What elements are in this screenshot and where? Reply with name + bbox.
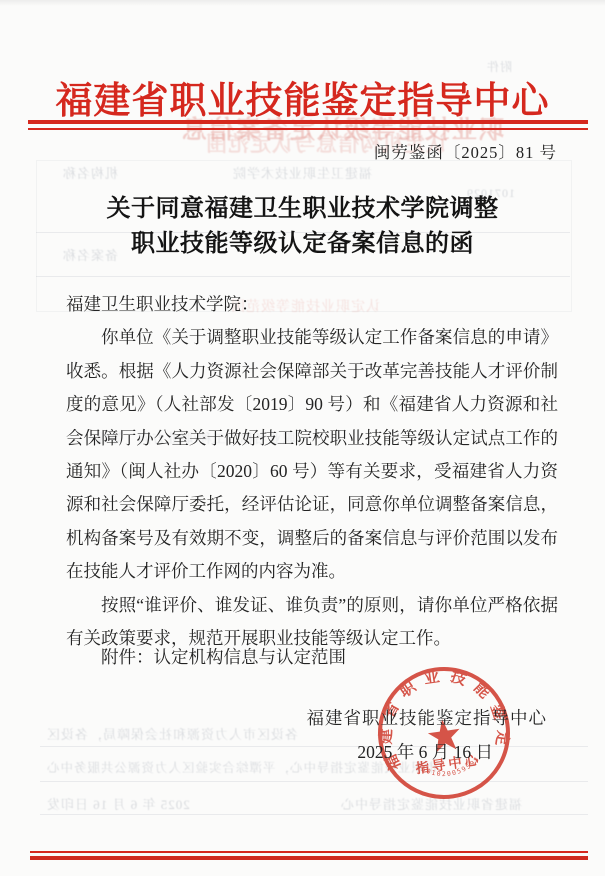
ghost-table-cell-label: 机构名称	[62, 163, 118, 182]
letterhead-title: 福建省职业技能鉴定指导中心	[0, 70, 605, 124]
ghost-bottom-rule-3	[40, 814, 588, 815]
document-title-line1: 关于同意福建卫生职业技术学院调整	[0, 192, 605, 227]
ghost-table-line-2	[36, 276, 570, 277]
signature-org: 福建省职业技能鉴定指导中心	[307, 705, 548, 730]
salutation: 福建卫生职业技术学院：	[66, 288, 558, 321]
official-seal: 福建省职业技能鉴定 指导中心 3501020059595	[365, 654, 523, 812]
document-title-line2: 职业技能等级认定备案信息的函	[0, 227, 605, 262]
document-number: 闽劳鉴函〔2025〕81 号	[374, 139, 557, 163]
document-page: 附件 职业技能等级认定备案信息 认定机构信息与认定范围 机构名称 福建卫生职业技…	[0, 0, 605, 876]
paragraph-1: 你单位《关于调整职业技能等级认定工作备案信息的申请》收悉。根据《人力资源社会保障…	[66, 321, 558, 588]
signature-date: 2025 年 6 月 16 日	[357, 739, 493, 764]
footer-double-rule	[30, 851, 588, 860]
document-title: 关于同意福建卫生职业技术学院调整 职业技能等级认定备案信息的函	[0, 192, 605, 262]
ghost-table-cell-value: 福建卫生职业技术学院	[232, 163, 372, 182]
letterhead-double-rule	[28, 120, 588, 130]
ghost-bottom-line-3: 2025 年 6 月 16 日印发	[46, 794, 190, 813]
ghost-bottom-line-1: 各设区市人力资源和社会保障局，各设区	[46, 724, 298, 743]
letter-body: 福建卫生职业技术学院： 你单位《关于调整职业技能等级认定工作备案信息的申请》收悉…	[66, 288, 558, 655]
